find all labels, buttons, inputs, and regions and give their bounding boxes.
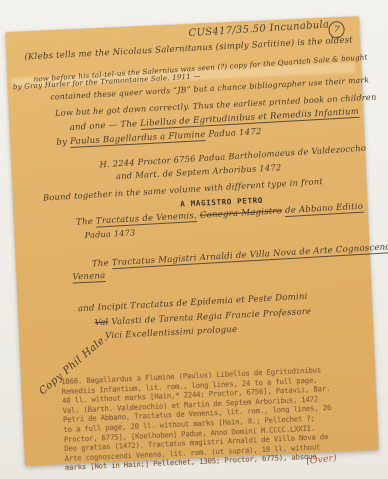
handwritten-segment: Venena (72, 271, 105, 283)
page-number: 7 (333, 24, 340, 34)
handwritten-segment: Paulus Bagellardus a Flumine (70, 130, 206, 148)
handwritten-segment: Padua 1472 (205, 127, 262, 140)
handwritten-segment: by (56, 137, 70, 148)
handwritten-segment: Val (94, 318, 108, 329)
handwritten-segment: and one — The (69, 119, 140, 133)
handwritten-segment: Padua 1473 (84, 227, 135, 240)
handwritten-line: Venena (72, 271, 105, 282)
handwritten-segment: Conegra Magistro (200, 206, 283, 221)
handwritten-line: Padua 1473 (84, 227, 135, 240)
handwritten-line: The Tractatus Magistri Arnaldi de Villa … (92, 242, 388, 269)
call-number: CUS417/35.50 Incunabula (188, 19, 329, 39)
handwritten-segment: Vici Excellentissimi prologue (105, 325, 238, 342)
typed-insert-caption: A MAGISTRO PETRO (180, 196, 263, 209)
handwritten-segment: Tractatus Magistri Arnaldi de Villa Nova… (112, 242, 388, 269)
handwritten-segment: de Abbano Editio (285, 202, 364, 217)
handwritten-segment: The (76, 217, 96, 228)
handwritten-segment: The (92, 258, 112, 269)
handwritten-segment: Tractatus de Venemis, (96, 211, 198, 228)
handwritten-line: Vici Excellentissimi prologue (105, 325, 238, 342)
note-card-paper: CUS417/35.50 Incunabula 7 (Klebs tells m… (5, 16, 378, 466)
